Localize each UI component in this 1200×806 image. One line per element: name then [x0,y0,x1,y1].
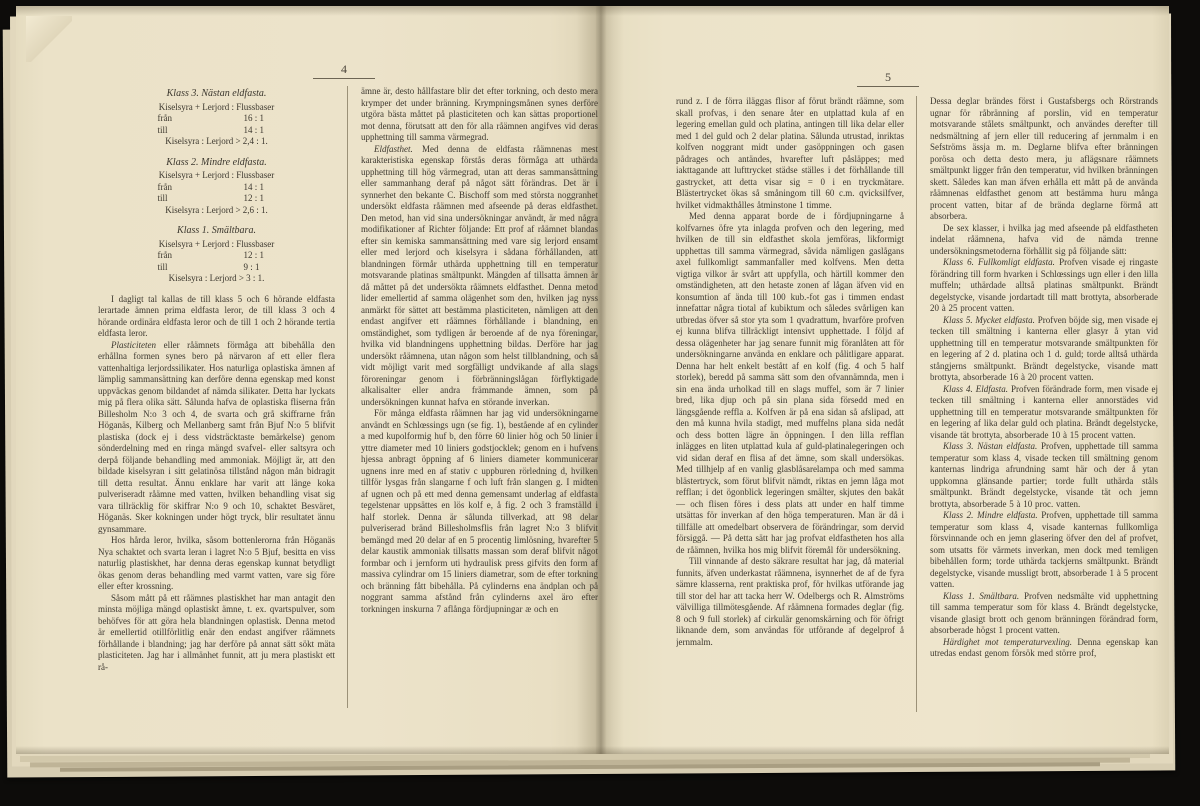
paragraph-lead: Plasticiteten [111,340,156,350]
left-page-column-2: ämne är, desto hållfastare blir det efte… [347,86,598,708]
table-formula-line: Kiselsyra + Lerjord : Flussbaser [98,239,335,251]
left-page-number: 4 [304,62,384,79]
table-ratio-line: Kiselsyra : Lerjord > 3 : 1. [98,273,335,285]
paragraph: Klass 6. Fullkomligt eldfasta. Profven v… [930,257,1158,315]
paragraph-lead: Klass 1. Smältbara. [943,591,1019,601]
class-heading: Klass 3. Nästan eldfasta. [98,88,335,100]
paragraph: Till vinnande af desto säkrare resultat … [676,556,904,648]
class-heading: Klass 2. Mindre eldfasta. [98,157,335,169]
paragraph: rund z. I de förra iläggas flisor af för… [676,96,904,211]
table-formula-line: Kiselsyra + Lerjord : Flussbaser [98,170,335,182]
paragraph: Dessa deglar brändes först i Gustafsberg… [930,96,1158,223]
paragraph: I dagligt tal kallas de till klass 5 och… [98,294,335,340]
paragraph-lead: Klass 6. Fullkomligt eldfasta. [943,257,1055,267]
table-row-value: 9 : 1 [230,262,304,274]
paragraph: För många eldfasta råämnen har jag vid u… [361,408,598,615]
paragraph: Med denna apparat borde de i fördjupning… [676,211,904,556]
bottom-edge-shadow [16,746,1169,754]
right-page-text-area: rund z. I de förra iläggas flisor af för… [676,96,1158,712]
paragraph: Härdighet mot temperaturvexling. Denna e… [930,637,1158,660]
open-book-spread: 4 5 Klass 3. Nästan eldfasta.Kiselsyra +… [16,6,1169,754]
paragraph: ämne är, desto hållfastare blir det efte… [361,86,598,144]
table-row-value: 12 : 1 [230,193,304,205]
table-ratio-line: Kiselsyra : Lerjord > 2,4 : 1. [98,136,335,148]
left-page-column-1: Klass 3. Nästan eldfasta.Kiselsyra + Ler… [98,86,335,708]
paragraph: Plasticiteten eller råämnets förmåga att… [98,340,335,536]
table-row-label: till [130,125,230,137]
page-number-text: 5 [885,70,891,84]
paragraph-lead: Klass 3. Nästan eldfasta. [943,441,1037,451]
paragraph: Klass 1. Smältbara. Profven nedsmälte vi… [930,591,1158,637]
table-row: från16 : 1 [98,113,335,125]
table-row: till12 : 1 [98,193,335,205]
table-row-value: 14 : 1 [230,182,304,194]
table-row-label: till [130,262,230,274]
paragraph-lead: Klass 2. Mindre eldfasta. [943,510,1038,520]
top-edge-shadow [16,6,1169,16]
class-ratio-table: Klass 1. Smältbara.Kiselsyra + Lerjord :… [98,225,335,285]
table-row-label: till [130,193,230,205]
paragraph: De sex klasser, i hvilka jag med afseend… [930,223,1158,258]
corner-fold [26,16,72,62]
right-page-column-1: rund z. I de förra iläggas flisor af för… [676,96,904,712]
paragraph: Klass 5. Mycket eldfasta. Profven böjde … [930,315,1158,384]
class-ratio-table: Klass 3. Nästan eldfasta.Kiselsyra + Ler… [98,88,335,148]
right-page-column-2: Dessa deglar brändes först i Gustafsberg… [916,96,1158,712]
table-row: från12 : 1 [98,250,335,262]
table-row-label: från [130,113,230,125]
table-row: till14 : 1 [98,125,335,137]
paragraph-lead: Klass 4. Eldfasta. [943,384,1008,394]
paragraph: Såsom mått på ett råämnes plastiskhet ha… [98,593,335,674]
table-row-value: 16 : 1 [230,113,304,125]
page-number-rule [857,86,919,87]
paragraph-lead: Klass 5. Mycket eldfasta. [943,315,1035,325]
table-ratio-line: Kiselsyra : Lerjord > 2,6 : 1. [98,205,335,217]
class-heading: Klass 1. Smältbara. [98,225,335,237]
table-row: från14 : 1 [98,182,335,194]
paragraph: Hos hårda leror, hvilka, såsom bottenler… [98,535,335,593]
page-number-rule [313,78,375,79]
table-row-label: från [130,182,230,194]
paragraph: Eldfasthet. Med denna de eldfasta råämne… [361,144,598,409]
paragraph: Klass 4. Eldfasta. Profven förändrade fo… [930,384,1158,442]
table-row-value: 12 : 1 [230,250,304,262]
right-page-number: 5 [848,70,928,87]
table-formula-line: Kiselsyra + Lerjord : Flussbaser [98,102,335,114]
table-row-label: från [130,250,230,262]
paragraph-lead: Eldfasthet. [374,144,413,154]
scanned-book-photo: { "document": { "kind": "scanned book sp… [0,0,1200,806]
paragraph-lead: Härdighet mot temperaturvexling. [943,637,1072,647]
table-row-value: 14 : 1 [230,125,304,137]
paragraph: Klass 3. Nästan eldfasta. Profven, upphe… [930,441,1158,510]
class-ratio-table: Klass 2. Mindre eldfasta.Kiselsyra + Ler… [98,157,335,217]
page-number-text: 4 [341,62,347,76]
left-page-text-area: Klass 3. Nästan eldfasta.Kiselsyra + Ler… [98,86,598,708]
table-row: till9 : 1 [98,262,335,274]
paragraph: Klass 2. Mindre eldfasta. Profven, upphe… [930,510,1158,591]
